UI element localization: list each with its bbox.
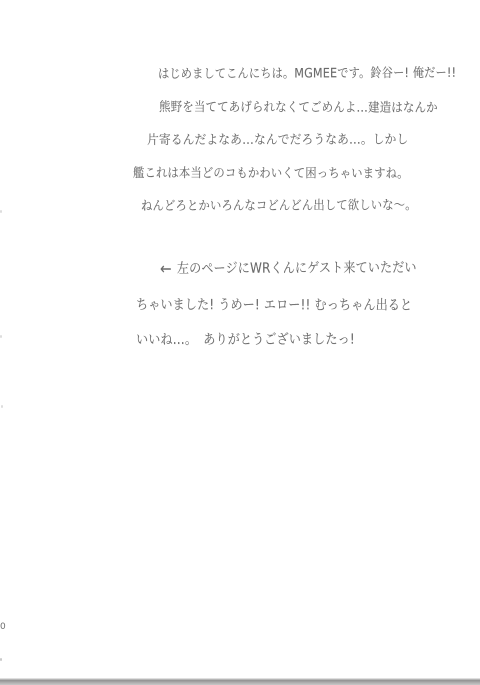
page-number: 0 xyxy=(0,622,6,632)
handwriting-line-6-text: 左のページにWRくんにゲスト来ていただい xyxy=(177,260,417,277)
handwriting-line-2: 熊野を当ててあげられなくてごめんよ…建造はなんか xyxy=(159,96,438,116)
scan-speck xyxy=(0,210,2,213)
handwriting-line-8: いいね…。 ありがとうございましたっ! xyxy=(136,329,355,349)
left-arrow-icon: ← xyxy=(160,259,172,278)
handwriting-line-1: はじめましてこんにちは。MGMEEです。鈴谷ー! 俺だー!! xyxy=(158,62,456,82)
scan-speck xyxy=(1,405,3,408)
scan-speck xyxy=(0,658,2,661)
handwriting-line-6: ←左のページにWRくんにゲスト来ていただい xyxy=(160,257,417,278)
handwriting-line-5: ねんどろとかいろんなコどんどん出して欲しいな〜。 xyxy=(141,194,417,214)
handwriting-line-7: ちゃいました! うめー! エロー!! むっちゃん出ると xyxy=(136,294,412,315)
handwriting-line-3: 片寄るんだよなあ…なんでだろうなあ…。しかし xyxy=(147,128,408,148)
scan-speck xyxy=(0,335,2,338)
page-bottom-edge xyxy=(0,678,480,685)
scanned-afterword-page: はじめましてこんにちは。MGMEEです。鈴谷ー! 俺だー!! 熊野を当ててあげら… xyxy=(0,0,480,685)
handwriting-line-4: 艦これは本当どのコもかわいくて困っちゃいますね。 xyxy=(133,162,409,182)
